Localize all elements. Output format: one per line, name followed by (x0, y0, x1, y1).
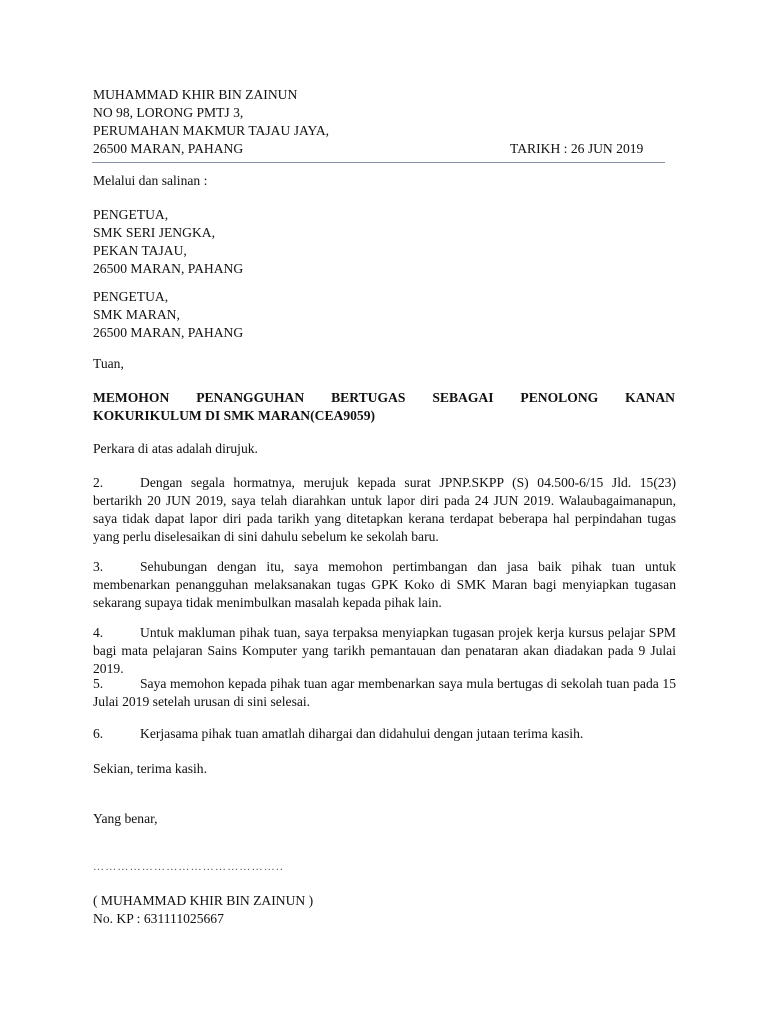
letter-date: TARIKH : 26 JUN 2019 (510, 140, 643, 158)
recipient-via-line1: PENGETUA, (93, 206, 675, 224)
paragraph-text: Saya memohon kepada pihak tuan agar memb… (93, 676, 676, 709)
recipient-line2: SMK MARAN, (93, 306, 675, 324)
paragraph-text: Kerjasama pihak tuan amatlah dihargai da… (140, 726, 583, 741)
recipient-via-address: PENGETUA, SMK SERI JENGKA, PEKAN TAJAU, … (93, 206, 675, 278)
paragraph-number: 6. (93, 725, 140, 743)
paragraph-6: 6.Kerjasama pihak tuan amatlah dihargai … (93, 725, 676, 743)
recipient-via-line2: SMK SERI JENGKA, (93, 224, 675, 242)
paragraph-number: 2. (93, 474, 140, 492)
sign-off: Yang benar, (93, 810, 158, 828)
signature-line: ……………………………………….. (93, 858, 284, 876)
subject-line2: KOKURIKULUM DI SMK MARAN(CEA9059) (93, 407, 675, 425)
letter-page: MUHAMMAD KHIR BIN ZAINUN NO 98, LORONG P… (0, 0, 768, 1024)
paragraph-text: Sehubungan dengan itu, saya memohon pert… (93, 559, 676, 610)
subject-word: PENANGGUHAN (196, 389, 304, 407)
recipient-line1: PENGETUA, (93, 288, 675, 306)
subject-word: SEBAGAI (432, 389, 493, 407)
subject-word: KANAN (625, 389, 675, 407)
paragraph-number: 3. (93, 558, 140, 576)
subject-word: BERTUGAS (331, 389, 405, 407)
recipient-address: PENGETUA, SMK MARAN, 26500 MARAN, PAHANG (93, 288, 675, 342)
paragraph-4: 4.Untuk makluman pihak tuan, saya terpak… (93, 624, 676, 678)
paragraph-2: 2.Dengan segala hormatnya, merujuk kepad… (93, 474, 676, 546)
paragraph-3: 3.Sehubungan dengan itu, saya memohon pe… (93, 558, 676, 612)
salutation: Tuan, (93, 355, 124, 373)
paragraph-number: 4. (93, 624, 140, 642)
recipient-line3: 26500 MARAN, PAHANG (93, 324, 675, 342)
paragraph-text: Untuk makluman pihak tuan, saya terpaksa… (93, 625, 676, 676)
ic-number: No. KP : 631111025667 (93, 910, 224, 928)
recipient-via-line3: PEKAN TAJAU, (93, 242, 675, 260)
paragraph-number: 5. (93, 675, 140, 693)
subject-line1: MEMOHONPENANGGUHANBERTUGASSEBAGAIPENOLON… (93, 389, 675, 407)
signature-name: ( MUHAMMAD KHIR BIN ZAINUN ) (93, 892, 313, 910)
sender-address-line2: PERUMAHAN MAKMUR TAJAU JAYA, (93, 122, 675, 140)
subject-word: PENOLONG (520, 389, 598, 407)
sender-name: MUHAMMAD KHIR BIN ZAINUN (93, 86, 675, 104)
recipient-via-line4: 26500 MARAN, PAHANG (93, 260, 675, 278)
via-label: Melalui dan salinan : (93, 172, 207, 190)
paragraph-5: 5.Saya memohon kepada pihak tuan agar me… (93, 675, 676, 711)
intro-text: Perkara di atas adalah dirujuk. (93, 440, 258, 458)
paragraph-text: Dengan segala hormatnya, merujuk kepada … (93, 475, 676, 544)
sender-address-line1: NO 98, LORONG PMTJ 3, (93, 104, 675, 122)
subject-word: MEMOHON (93, 389, 169, 407)
letter-subject: MEMOHONPENANGGUHANBERTUGASSEBAGAIPENOLON… (93, 389, 675, 425)
header-divider (92, 162, 665, 163)
closing-text: Sekian, terima kasih. (93, 760, 207, 778)
